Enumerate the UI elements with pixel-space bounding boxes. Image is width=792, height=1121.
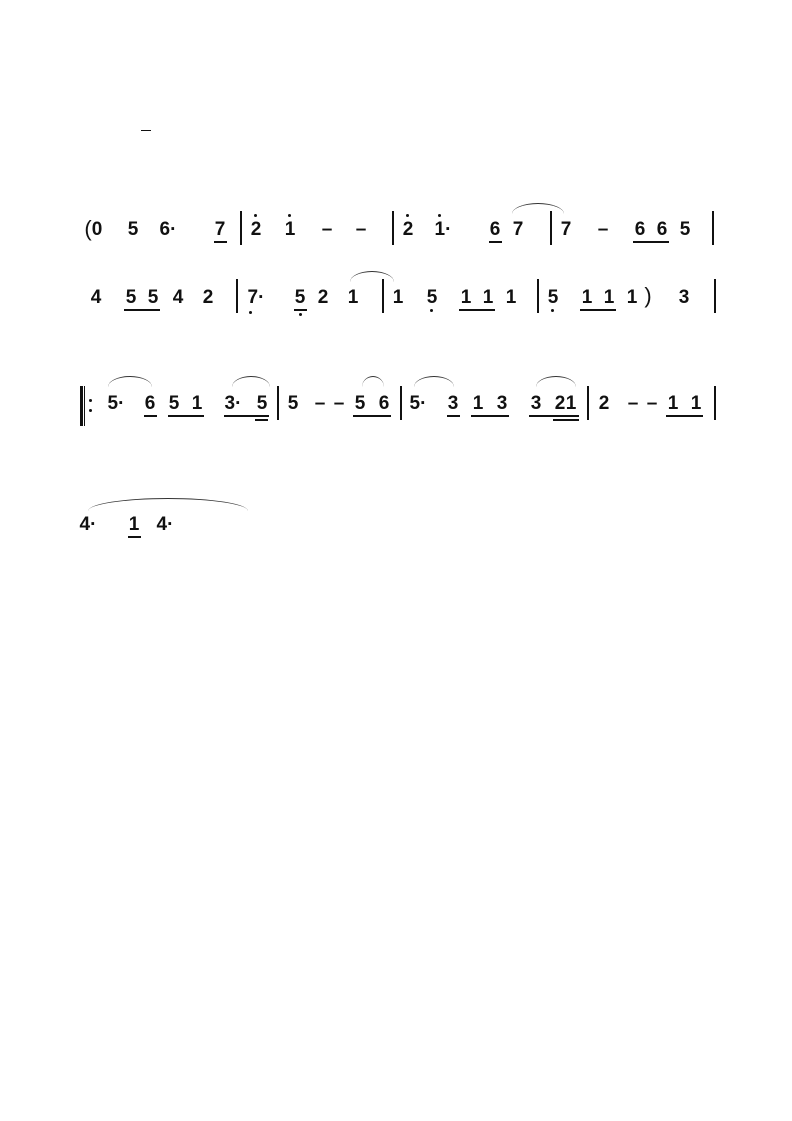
note: 5 — [128, 220, 139, 240]
note: 1 — [192, 394, 203, 414]
barline — [400, 386, 402, 420]
note: 1 — [461, 288, 472, 308]
note: 1 — [285, 220, 296, 240]
paren-close: ) — [644, 286, 651, 306]
note: – — [647, 394, 658, 414]
barline — [714, 386, 716, 420]
note: 7 — [215, 220, 226, 240]
note: 5 — [288, 394, 299, 414]
note: 5· — [108, 394, 125, 414]
barline — [537, 279, 539, 313]
note: 1 — [604, 288, 615, 308]
note: 4· — [80, 515, 97, 535]
note: 1 — [129, 515, 140, 535]
note: 2 — [318, 288, 329, 308]
note: 1 — [668, 394, 679, 414]
note: 5 — [427, 288, 438, 308]
note: 1 — [483, 288, 494, 308]
note: 6 — [657, 220, 668, 240]
paren-open: ( — [84, 219, 91, 239]
barline — [382, 279, 384, 313]
note: – — [356, 220, 367, 240]
note: 1· — [435, 220, 452, 240]
note: 3 — [531, 394, 542, 414]
tie — [512, 203, 564, 214]
tie — [350, 271, 394, 282]
note: 5 — [295, 288, 306, 308]
note: 2 — [203, 288, 214, 308]
barline — [550, 211, 552, 245]
barline — [392, 211, 394, 245]
note: 5· — [410, 394, 427, 414]
note: 6 — [145, 394, 156, 414]
note: – — [315, 394, 326, 414]
note: 1 — [566, 394, 577, 414]
note: 6· — [160, 220, 177, 240]
tempo-marking — [96, 162, 107, 176]
note: 2 — [555, 394, 566, 414]
note: 5 — [548, 288, 559, 308]
note: 4 — [91, 288, 102, 308]
barline — [714, 279, 716, 313]
barline — [236, 279, 238, 313]
note: 7· — [248, 288, 265, 308]
note: 1 — [393, 288, 404, 308]
note: 5 — [169, 394, 180, 414]
note: 3 — [679, 288, 690, 308]
note: 5 — [680, 220, 691, 240]
note: 1 — [473, 394, 484, 414]
note: 3· — [225, 394, 242, 414]
note: 1 — [582, 288, 593, 308]
note: 7 — [513, 220, 524, 240]
note: 3 — [497, 394, 508, 414]
note: 3 — [448, 394, 459, 414]
note: 1 — [348, 288, 359, 308]
note: 2 — [403, 220, 414, 240]
note: 2 — [599, 394, 610, 414]
note: 1 — [627, 288, 638, 308]
repeat-start — [80, 386, 83, 426]
note: 7 — [561, 220, 572, 240]
note: – — [322, 220, 333, 240]
note: – — [598, 220, 609, 240]
barline — [712, 211, 714, 245]
note: 6 — [490, 220, 501, 240]
note: 5 — [148, 288, 159, 308]
note: 1 — [506, 288, 517, 308]
time-signature — [141, 130, 151, 131]
note: 5 — [257, 394, 268, 414]
note: 5 — [355, 394, 366, 414]
note: 1 — [691, 394, 702, 414]
barline — [587, 386, 589, 420]
barline — [240, 211, 242, 245]
note: 5 — [126, 288, 137, 308]
note: 6 — [379, 394, 390, 414]
note: 0 — [92, 220, 103, 240]
note: – — [628, 394, 639, 414]
note: 2 — [251, 220, 262, 240]
barline — [277, 386, 279, 420]
note: 6 — [635, 220, 646, 240]
note: 4 — [173, 288, 184, 308]
note: – — [334, 394, 345, 414]
note: 4· — [157, 515, 174, 535]
